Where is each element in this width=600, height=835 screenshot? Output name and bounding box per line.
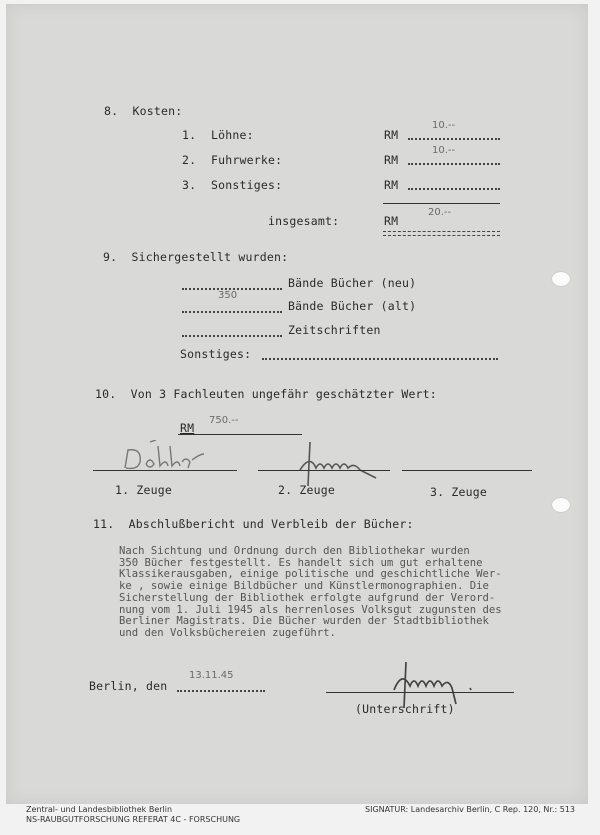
witness-2-label: 2. Zeuge: [278, 483, 335, 497]
other-label: Sonstiges:: [180, 347, 251, 361]
footer-signature: SIGNATUR: Landesarchiv Berlin, C Rep. 12…: [365, 805, 575, 814]
witness-3-line: [402, 470, 532, 471]
total-currency: RM: [384, 214, 398, 228]
cost-value: 10.--: [432, 145, 455, 156]
section-11-heading: 11. Abschlußbericht und Verbleib der Büc…: [93, 517, 414, 531]
item-label: Zeitschriften: [288, 323, 381, 337]
cost-item-num: 1.: [182, 128, 196, 142]
footer-institution: Zentral- und Landesbibliothek Berlin: [26, 805, 172, 814]
section-8-heading: 8. Kosten:: [104, 104, 182, 118]
cost-item-label: Löhne:: [211, 128, 254, 142]
total-label: insgesamt:: [268, 214, 339, 228]
value-currency: RM: [180, 421, 194, 435]
report-line: und den Volksbüchereien zugeführt.: [119, 628, 559, 640]
place-date-label: Berlin, den: [89, 679, 167, 693]
double-underline: [383, 231, 500, 236]
witness-1-line: [93, 470, 237, 471]
section-9-heading: 9. Sichergestellt wurden:: [103, 250, 288, 264]
witness-2-signature: [290, 440, 390, 488]
item-label: Bände Bücher (neu): [288, 276, 416, 290]
witness-3-label: 3. Zeuge: [430, 485, 487, 499]
report-line: Sicherstellung der Bibliothek erfolgte a…: [119, 593, 559, 605]
cost-item-num: 2.: [182, 153, 196, 167]
date-field-line: [177, 690, 265, 692]
witness-1-label: 1. Zeuge: [115, 483, 172, 497]
signature-label: (Unterschrift): [355, 702, 455, 716]
date-value: 13.11.45: [189, 670, 234, 681]
total-value: 20.--: [428, 207, 451, 218]
estimated-value: 750.--: [209, 415, 238, 426]
quantity-field-line: [182, 335, 282, 337]
quantity-field-line: [182, 311, 282, 313]
report-line: Nach Sichtung und Ordnung durch den Bibl…: [119, 546, 559, 558]
cost-currency: RM: [384, 153, 398, 167]
item-label: Bände Bücher (alt): [288, 299, 416, 313]
other-field-line: [262, 358, 498, 360]
witness-2-line: [258, 470, 390, 471]
punch-hole: [552, 272, 570, 286]
quantity-value: 350: [218, 290, 237, 301]
signature-line: [326, 692, 514, 693]
cost-item-num: 3.: [182, 178, 196, 192]
cost-field-line: [408, 138, 500, 140]
cost-item-label: Fuhrwerke:: [211, 153, 282, 167]
value-line: [178, 434, 302, 435]
witness-1-signature: [120, 440, 210, 472]
cost-field-line: [408, 163, 500, 165]
section-10-heading: 10. Von 3 Fachleuten ungefähr geschätzte…: [95, 387, 437, 401]
final-report-text: Nach Sichtung und Ordnung durch den Bibl…: [119, 546, 559, 640]
cost-field-line: [408, 188, 500, 190]
cost-currency: RM: [384, 178, 398, 192]
punch-hole: [552, 498, 570, 512]
footer-department: NS-RAUBGUTFORSCHUNG REFERAT 4C - FORSCHU…: [26, 815, 240, 824]
sum-rule: [383, 203, 500, 204]
cost-item-label: Sonstiges:: [211, 178, 282, 192]
cost-currency: RM: [384, 128, 398, 142]
cost-value: 10.--: [432, 120, 455, 131]
